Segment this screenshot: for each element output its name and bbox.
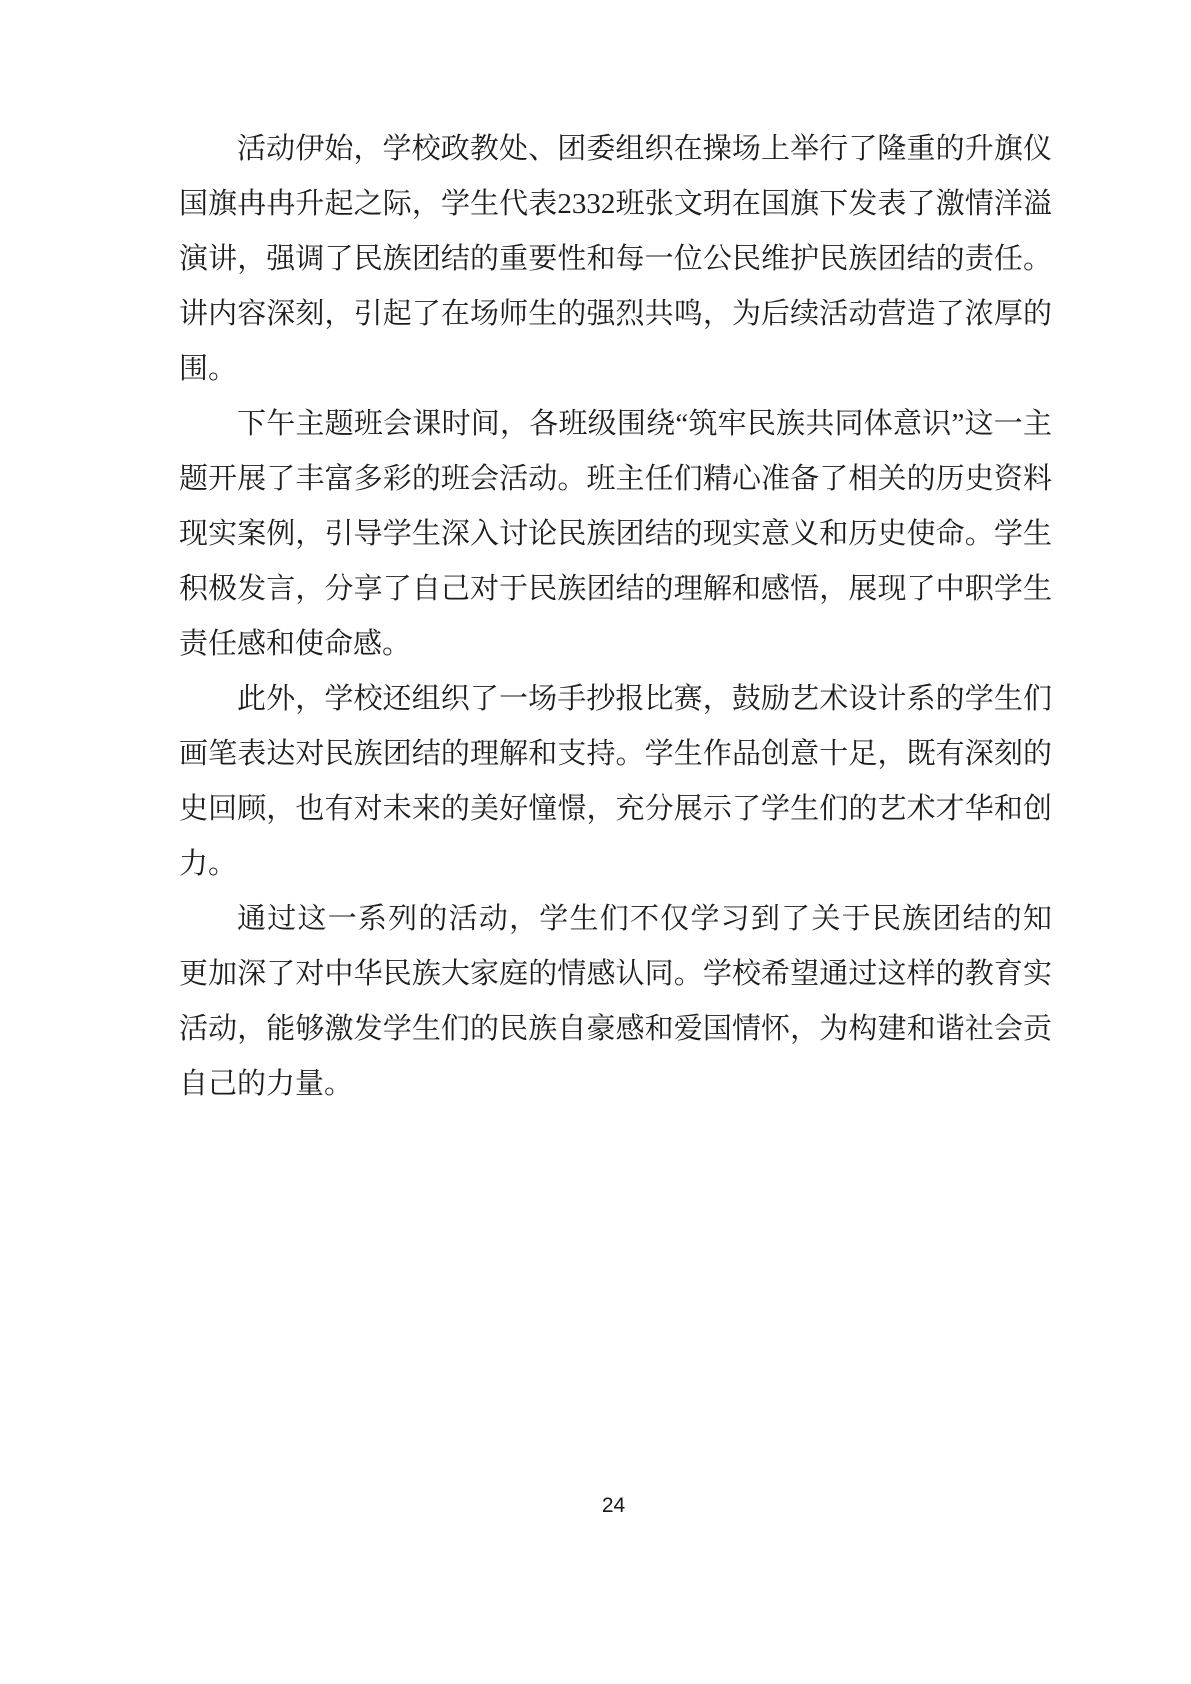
paragraph: 通过这一系列的活动，学生们不仅学习到了关于民族团结的知识，更加深了对中华民族大家… — [179, 892, 1052, 1112]
page-number: 24 — [602, 1494, 625, 1518]
text-line: 力。 — [179, 837, 1052, 892]
text-line: 围。 — [179, 342, 1052, 397]
text-line: 题开展了丰富多彩的班会活动。班主任们精心准备了相关的历史资料和 — [179, 452, 1052, 507]
text-line: 活动伊始，学校政教处、团委组织在操场上举行了隆重的升旗仪式。 — [179, 122, 1052, 177]
text-line: 此外，学校还组织了一场手抄报比赛，鼓励艺术设计系的学生们用 — [179, 672, 1052, 727]
text-line: 下午主题班会课时间，各班级围绕“筑牢民族共同体意识”这一主 — [179, 397, 1052, 452]
text-line: 责任感和使命感。 — [179, 617, 1052, 672]
page-footer: 24 — [0, 1494, 1191, 1518]
text-line: 画笔表达对民族团结的理解和支持。学生作品创意十足，既有深刻的历 — [179, 727, 1052, 782]
text-line: 通过这一系列的活动，学生们不仅学习到了关于民族团结的知识， — [179, 892, 1052, 947]
document-page: 活动伊始，学校政教处、团委组织在操场上举行了隆重的升旗仪式。国旗冉冉升起之际，学… — [0, 0, 1191, 1684]
document-body: 活动伊始，学校政教处、团委组织在操场上举行了隆重的升旗仪式。国旗冉冉升起之际，学… — [179, 122, 1052, 1112]
text-line: 国旗冉冉升起之际，学生代表2332班张文玥在国旗下发表了激情洋溢的 — [179, 177, 1052, 232]
text-line: 讲内容深刻，引起了在场师生的强烈共鸣，为后续活动营造了浓厚的氛 — [179, 287, 1052, 342]
paragraph: 此外，学校还组织了一场手抄报比赛，鼓励艺术设计系的学生们用画笔表达对民族团结的理… — [179, 672, 1052, 892]
paragraph: 下午主题班会课时间，各班级围绕“筑牢民族共同体意识”这一主题开展了丰富多彩的班会… — [179, 397, 1052, 672]
text-line: 积极发言，分享了自己对于民族团结的理解和感悟，展现了中职学生的 — [179, 562, 1052, 617]
text-line: 现实案例，引导学生深入讨论民族团结的现实意义和历史使命。学生们 — [179, 507, 1052, 562]
text-line: 活动，能够激发学生们的民族自豪感和爱国情怀，为构建和谐社会贡献 — [179, 1002, 1052, 1057]
text-line: 自己的力量。 — [179, 1057, 1052, 1112]
paragraph: 活动伊始，学校政教处、团委组织在操场上举行了隆重的升旗仪式。国旗冉冉升起之际，学… — [179, 122, 1052, 397]
text-line: 演讲，强调了民族团结的重要性和每一位公民维护民族团结的责任。演 — [179, 232, 1052, 287]
text-line: 史回顾，也有对未来的美好憧憬，充分展示了学生们的艺术才华和创造 — [179, 782, 1052, 837]
text-line: 更加深了对中华民族大家庭的情感认同。学校希望通过这样的教育实践 — [179, 947, 1052, 1002]
